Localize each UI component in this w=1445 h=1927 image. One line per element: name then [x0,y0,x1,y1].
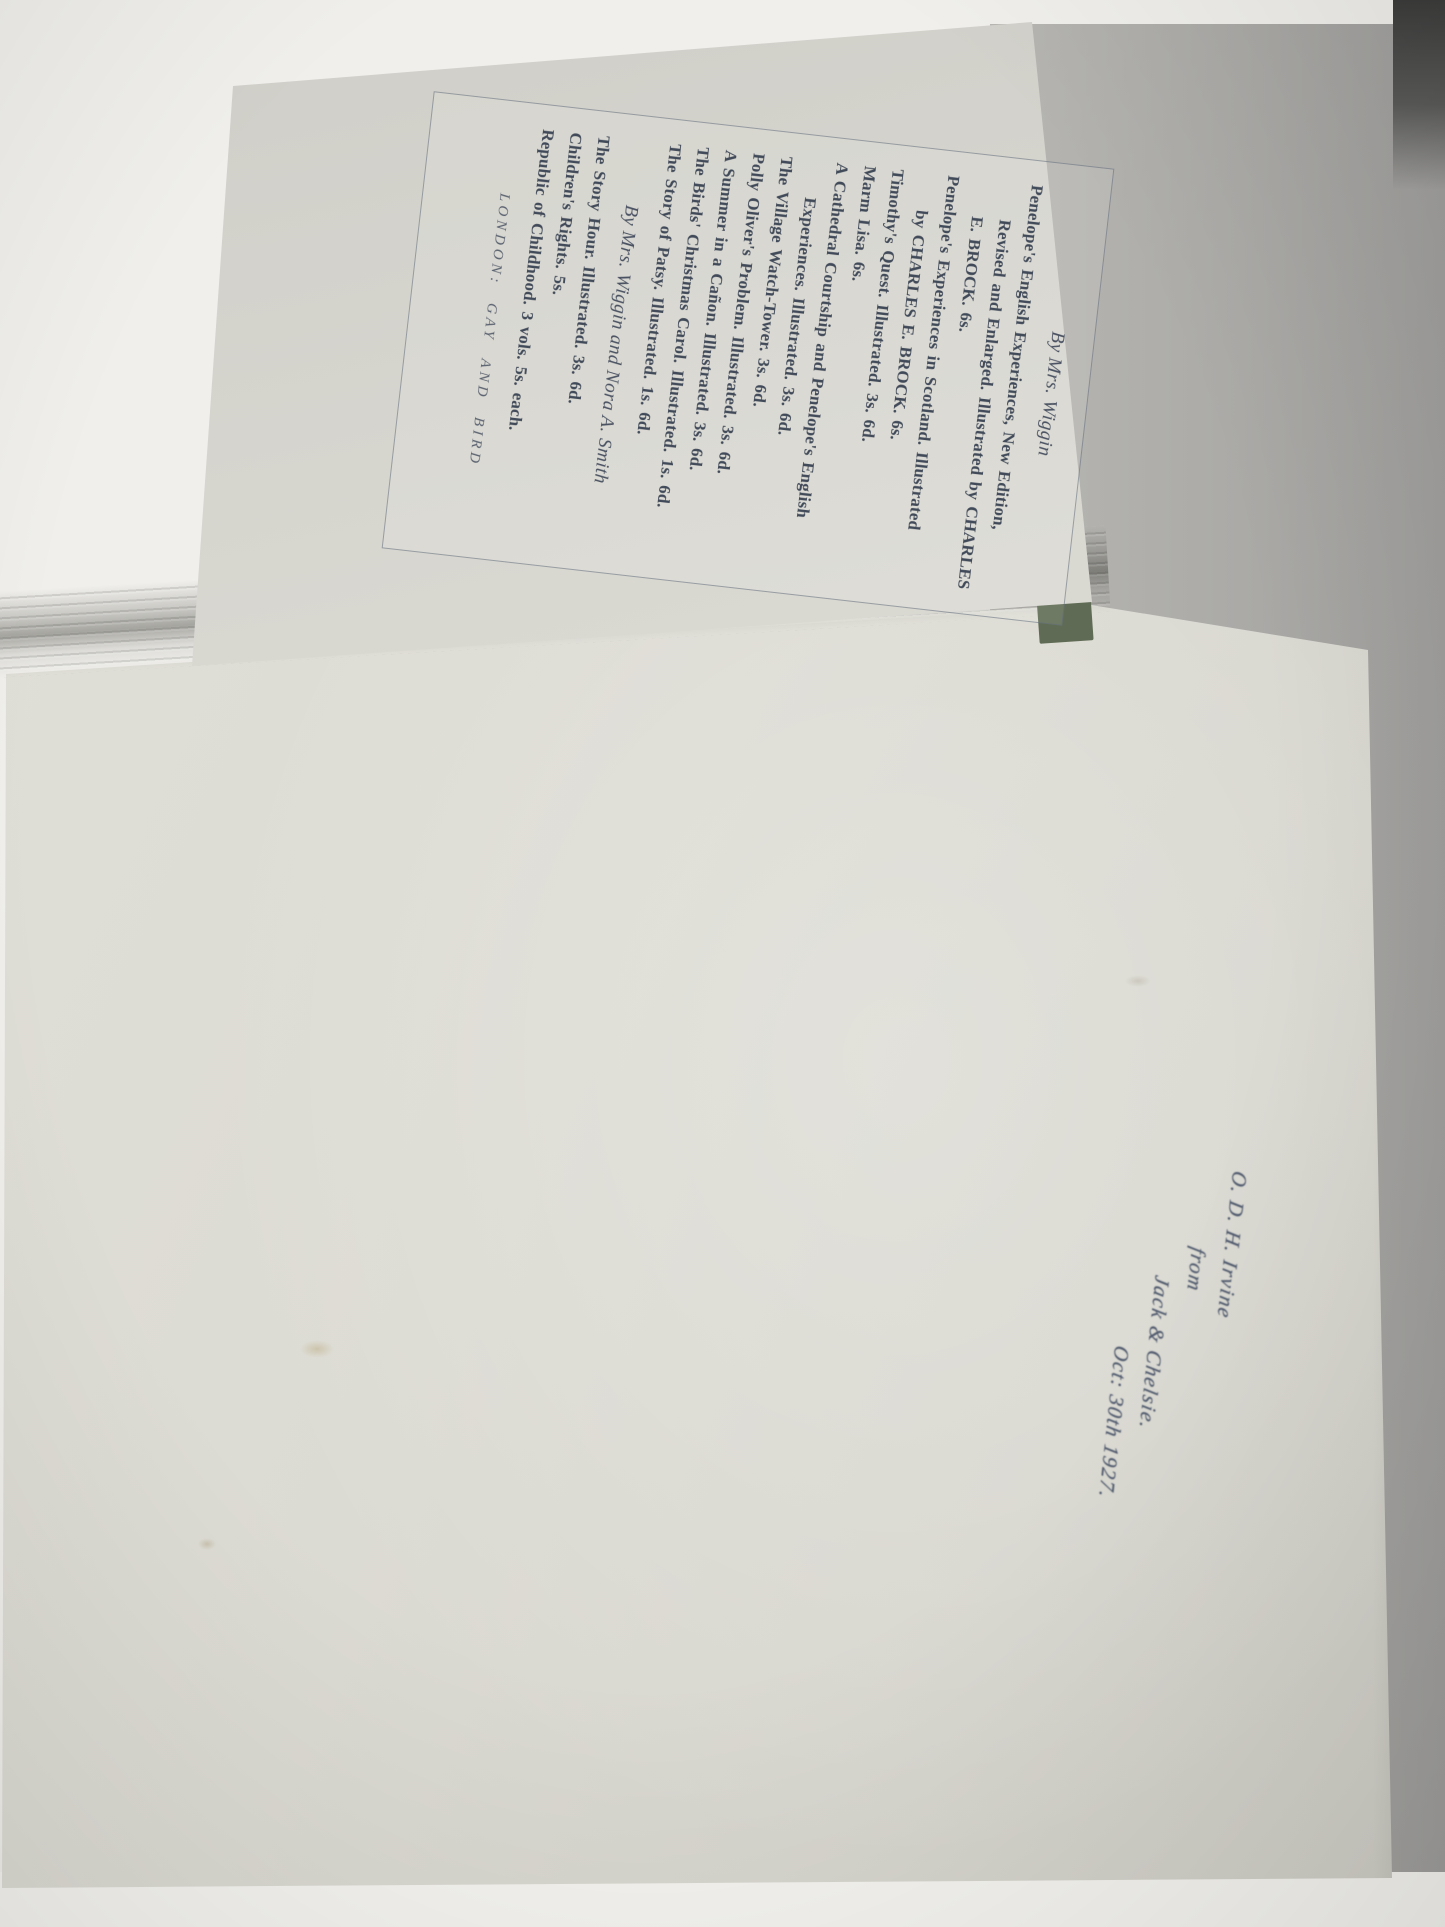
foxing-stain [1125,975,1151,987]
book-list-frame: By Mrs. Wiggin Penelope's English Experi… [382,91,1115,626]
foxing-stain [300,1340,334,1358]
dark-corner-object [1393,0,1445,190]
book-photo: By Mrs. Wiggin Penelope's English Experi… [0,0,1445,1927]
foxing-stain [198,1538,216,1550]
